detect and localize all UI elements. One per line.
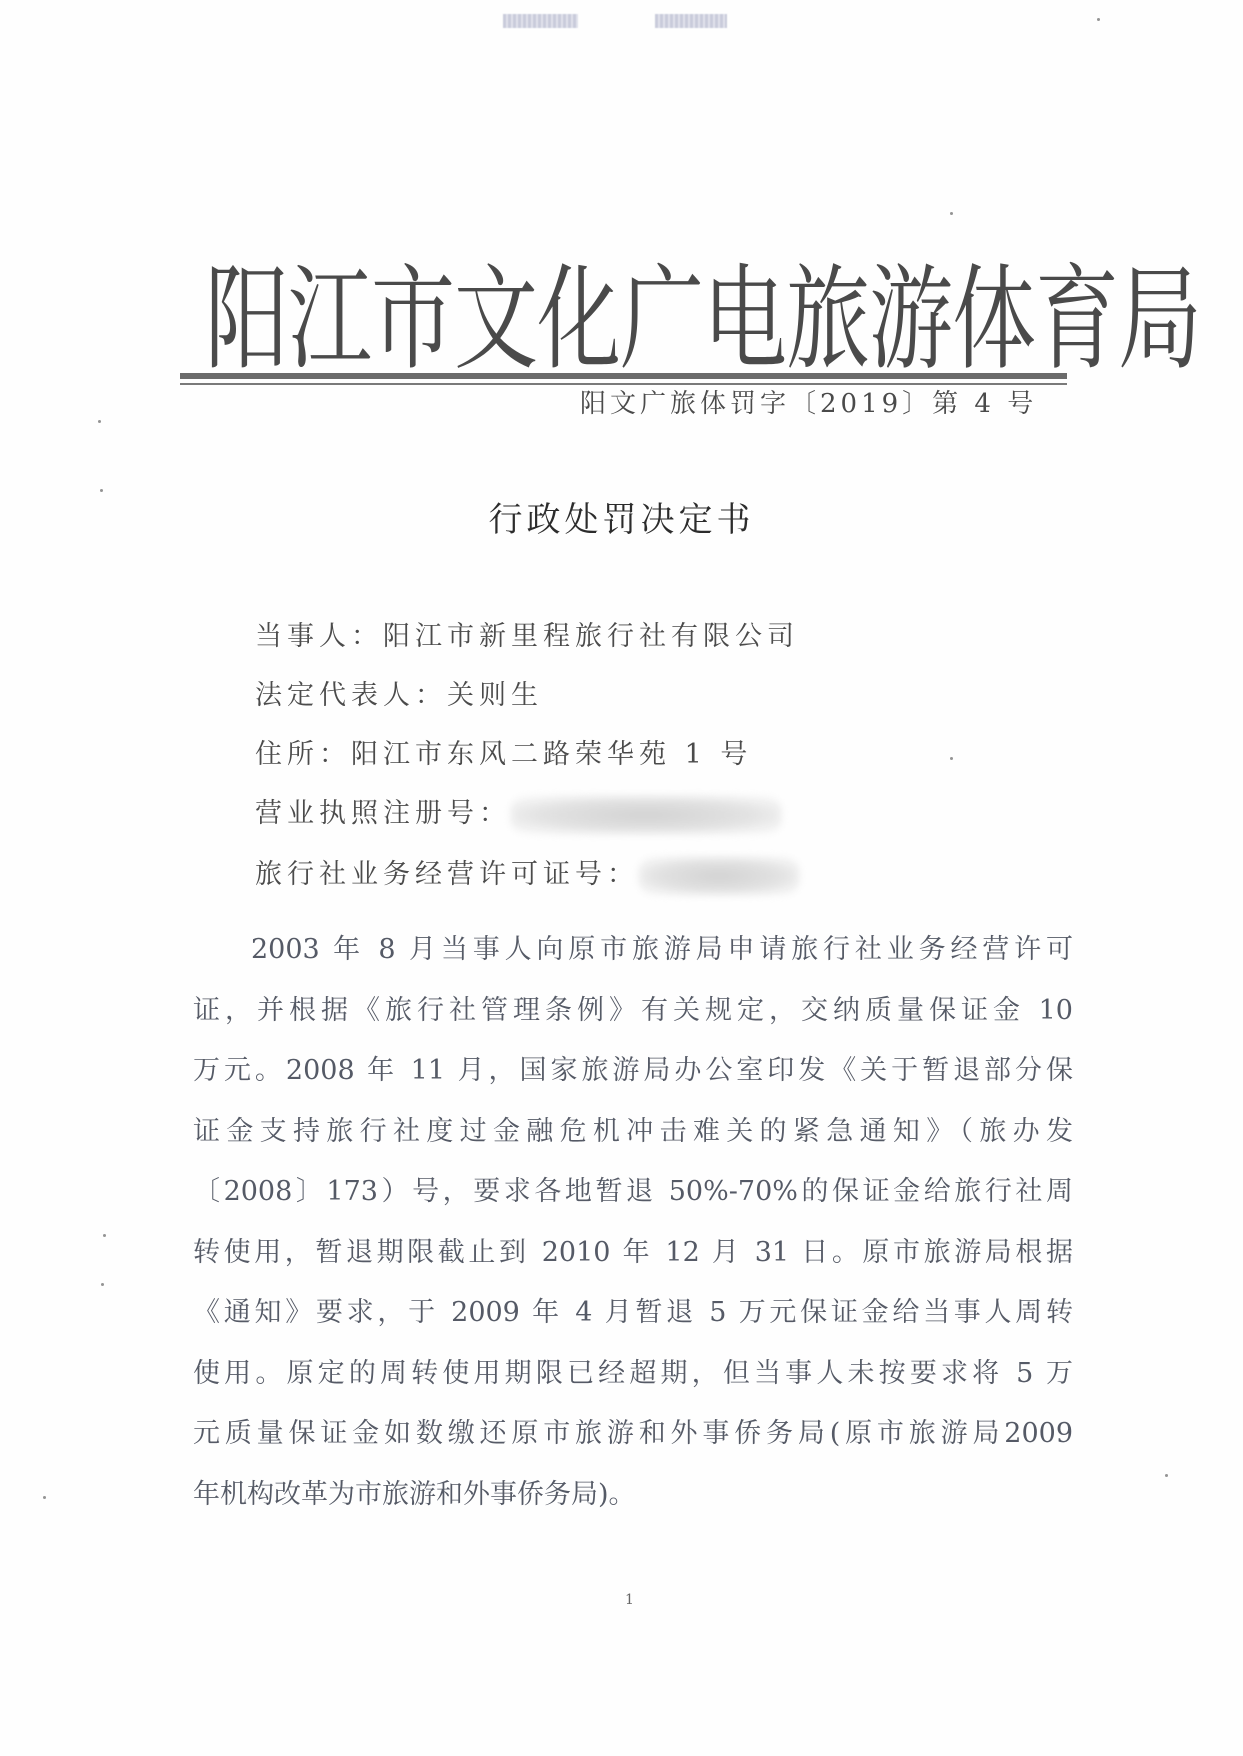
scan-speck (1097, 18, 1100, 21)
scan-speck (1165, 1474, 1168, 1477)
top-faint-stamp-right (655, 14, 727, 28)
body-line: 《通知》要求，于 2009 年 4 月暂退 5 万元保证金给当事人周转 (193, 1283, 1073, 1344)
scan-speck (43, 1496, 46, 1499)
masthead-rule-thick (180, 373, 1067, 379)
business-license-label: 营业执照注册号： (255, 798, 511, 829)
scan-speck (950, 212, 953, 215)
address-line: 住所：阳江市东风二路荣华苑 1 号 (255, 732, 752, 771)
redacted-travel-license-number (639, 857, 799, 895)
page-number: 1 (625, 1592, 634, 1608)
body-line: 转使用，暂退期限截止到 2010 年 12 月 31 日。原市旅游局根据 (193, 1223, 1073, 1284)
travel-license-line: 旅行社业务经营许可证号： (255, 852, 799, 895)
document-number: 阳文广旅体罚字〔2019〕第 4 号 (580, 383, 1037, 420)
address-value: 阳江市东风二路荣华苑 1 号 (351, 739, 752, 770)
scan-speck (101, 1283, 104, 1286)
scan-speck (950, 757, 953, 760)
body-line: 元质量保证金如数缴还原市旅游和外事侨务局(原市旅游局2009 (193, 1404, 1073, 1465)
legal-representative-label: 法定代表人： (255, 680, 447, 711)
scan-speck (103, 1234, 106, 1237)
legal-representative-value: 关则生 (447, 680, 543, 711)
document-page: 阳江市文化广电旅游体育局 阳文广旅体罚字〔2019〕第 4 号 行政处罚决定书 … (0, 0, 1243, 1756)
body-line: 2003 年 8 月当事人向原市旅游局申请旅行社业务经营许可 (193, 920, 1073, 981)
body-line: 万元。2008 年 11 月，国家旅游局办公室印发《关于暂退部分保 (193, 1041, 1073, 1102)
document-title: 行政处罚决定书 (0, 492, 1243, 541)
scan-speck (98, 420, 101, 423)
address-label: 住所： (255, 739, 351, 770)
redacted-business-license-number (511, 796, 781, 834)
decision-body-paragraph: 2003 年 8 月当事人向原市旅游局申请旅行社业务经营许可 证，并根据《旅行社… (193, 920, 1073, 1525)
party-label: 当事人： (255, 621, 383, 652)
travel-license-label: 旅行社业务经营许可证号： (255, 859, 639, 890)
party-value: 阳江市新里程旅行社有限公司 (383, 621, 799, 652)
legal-representative-line: 法定代表人：关则生 (255, 673, 543, 712)
body-line: 年机构改革为市旅游和外事侨务局)。 (193, 1465, 1073, 1526)
body-line: 使用。原定的周转使用期限已经超期，但当事人未按要求将 5 万 (193, 1344, 1073, 1405)
business-license-line: 营业执照注册号： (255, 791, 781, 834)
top-faint-stamp-left (503, 14, 578, 28)
body-line: 证金支持旅行社度过金融危机冲击难关的紧急通知》（旅办发 (193, 1102, 1073, 1163)
party-name-line: 当事人：阳江市新里程旅行社有限公司 (255, 614, 799, 653)
body-line: 〔2008〕173）号，要求各地暂退 50%-70%的保证金给旅行社周 (193, 1162, 1073, 1223)
body-line: 证，并根据《旅行社管理条例》有关规定，交纳质量保证金 10 (193, 981, 1073, 1042)
